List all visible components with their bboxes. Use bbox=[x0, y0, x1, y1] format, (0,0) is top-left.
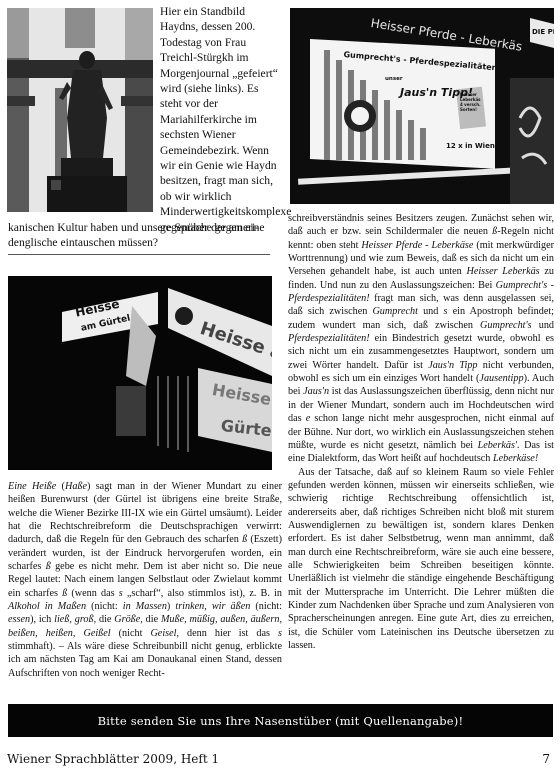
call-to-action-banner: Bitte senden Sie uns Ihre Nasenstüber (m… bbox=[8, 704, 553, 737]
photo-heisse-am-guertel: Heisse am Gürtel Heisse am Heisse am Gür… bbox=[8, 276, 272, 470]
intro-caption-continued: kanischen Kultur haben und unsere Sprach… bbox=[8, 220, 280, 251]
article-column-right: schreibverständnis seines Besitzers zeug… bbox=[288, 212, 554, 652]
photo-haydn-statue bbox=[7, 8, 153, 212]
article-right-paragraph-2: Aus der Tatsache, daß auf so kleinem Rau… bbox=[288, 466, 554, 653]
poster-unser: unser bbox=[385, 76, 403, 82]
article-left-paragraph: Eine Heiße (Haße) sagt man in der Wiener… bbox=[8, 480, 282, 680]
section-divider bbox=[8, 254, 270, 255]
intro-caption: Hier ein Standbild Haydns, dessen 200. T… bbox=[160, 4, 281, 235]
publication-title: Wiener Sprachblätter 2009, Heft 1 bbox=[7, 752, 219, 766]
banner-text: Bitte senden Sie uns Ihre Nasenstüber (m… bbox=[98, 714, 464, 728]
article-right-paragraph-1: schreibverständnis seines Besitzers zeug… bbox=[288, 212, 554, 466]
poster-locations: 12 x in Wien bbox=[446, 142, 495, 150]
page-number: 7 bbox=[542, 752, 550, 766]
heisse-stand-illustration bbox=[8, 276, 272, 470]
sign-corner: DIE PF bbox=[532, 28, 554, 36]
poster-box: Heisser Leberkäs 4 versch. Sorten! bbox=[460, 92, 484, 112]
photo-gumprecht-stand: Heisser Pferde - Leberkäs DIE PF Gumprec… bbox=[290, 8, 554, 204]
article-column-left: Eine Heiße (Haße) sagt man in der Wiener… bbox=[8, 480, 282, 680]
haydn-statue-illustration bbox=[7, 8, 153, 212]
